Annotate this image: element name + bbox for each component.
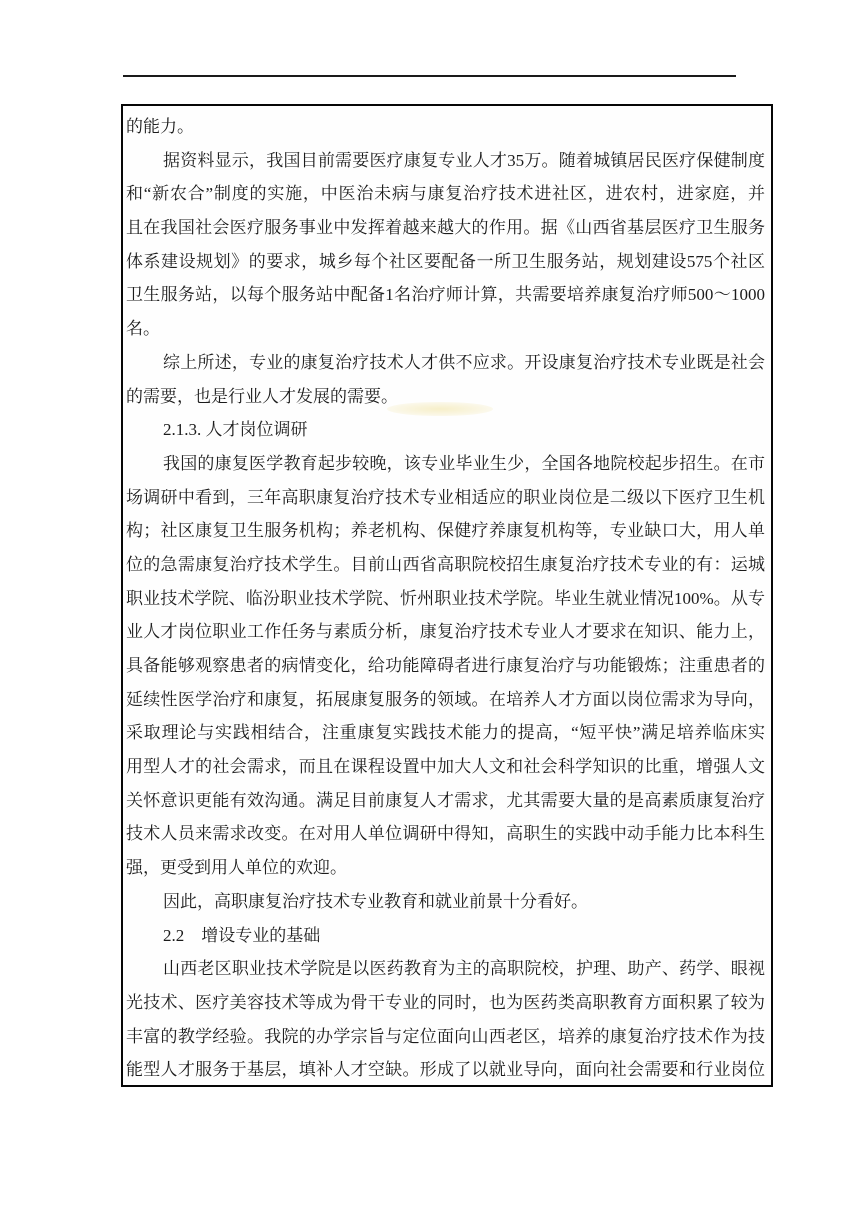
text-line: 的需要，也是行业人才发展的需要。 [126, 380, 765, 414]
text-line: 综上所述，专业的康复治疗技术人才供不应求。开设康复治疗技术专业既是社会 [126, 346, 765, 380]
text-line: 技术人员来需求改变。在对用人单位调研中得知，高职生的实践中动手能力比本科生 [126, 817, 765, 851]
text-line: 采取理论与实践相结合，注重康复实践技术能力的提高，“短平快”满足培养临床实 [126, 716, 765, 750]
text-line: 体系建设规划》的要求，城乡每个社区要配备一所卫生服务站，规划建设575个社区 [126, 245, 765, 279]
text-line: 2.1.3. 人才岗位调研 [126, 413, 765, 447]
text-line: 的能力。 [126, 110, 765, 144]
text-line: 构；社区康复卫生服务机构；养老机构、保健疗养康复机构等，专业缺口大，用人单 [126, 514, 765, 548]
text-line: 我国的康复医学教育起步较晚，该专业毕业生少，全国各地院校起步招生。在市 [126, 447, 765, 481]
text-line: 名。 [126, 312, 765, 346]
text-line: 场调研中看到，三年高职康复治疗技术专业相适应的职业岗位是二级以下医疗卫生机 [126, 481, 765, 515]
text-line: 和“新农合”制度的实施，中医治未病与康复治疗技术进社区，进农村，进家庭，并 [126, 177, 765, 211]
text-line: 强，更受到用人单位的欢迎。 [126, 851, 765, 885]
text-line: 丰富的教学经验。我院的办学宗旨与定位面向山西老区，培养的康复治疗技术作为技 [126, 1020, 765, 1054]
document-page: 的能力。据资料显示，我国目前需要医疗康复专业人才35万。随着城镇居民医疗保健制度… [0, 0, 860, 1217]
text-line: 具备能够观察患者的病情变化，给功能障碍者进行康复治疗与功能锻炼；注重患者的 [126, 649, 765, 683]
text-line: 山西老区职业技术学院是以医药教育为主的高职院校，护理、助产、药学、眼视 [126, 952, 765, 986]
text-line: 业人才岗位职业工作任务与素质分析，康复治疗技术专业人才要求在知识、能力上， [126, 615, 765, 649]
text-line: 2.2 增设专业的基础 [126, 919, 765, 953]
text-line: 据资料显示，我国目前需要医疗康复专业人才35万。随着城镇居民医疗保健制度 [126, 144, 765, 178]
text-line: 用型人才的社会需求，而且在课程设置中加大人文和社会科学知识的比重，增强人文 [126, 750, 765, 784]
document-box: 的能力。据资料显示，我国目前需要医疗康复专业人才35万。随着城镇居民医疗保健制度… [121, 104, 773, 1087]
text-line: 职业技术学院、临汾职业技术学院、忻州职业技术学院。毕业生就业情况100%。从专 [126, 582, 765, 616]
text-line: 延续性医学治疗和康复，拓展康复服务的领域。在培养人才方面以岗位需求为导向， [126, 683, 765, 717]
text-line: 且在我国社会医疗服务事业中发挥着越来越大的作用。据《山西省基层医疗卫生服务 [126, 211, 765, 245]
text-line: 能型人才服务于基层，填补人才空缺。形成了以就业导向，面向社会需要和行业岗位 [126, 1053, 765, 1087]
page-header-rule [123, 75, 736, 77]
text-line: 关怀意识更能有效沟通。满足目前康复人才需求，尤其需要大量的是高素质康复治疗 [126, 784, 765, 818]
text-line: 因此，高职康复治疗技术专业教育和就业前景十分看好。 [126, 885, 765, 919]
text-line: 光技术、医疗美容技术等成为骨干专业的同时，也为医药类高职教育方面积累了较为 [126, 986, 765, 1020]
text-line: 位的急需康复治疗技术学生。目前山西省高职院校招生康复治疗技术专业的有：运城 [126, 548, 765, 582]
text-line: 卫生服务站，以每个服务站中配备1名治疗师计算，共需要培养康复治疗师500～100… [126, 278, 765, 312]
